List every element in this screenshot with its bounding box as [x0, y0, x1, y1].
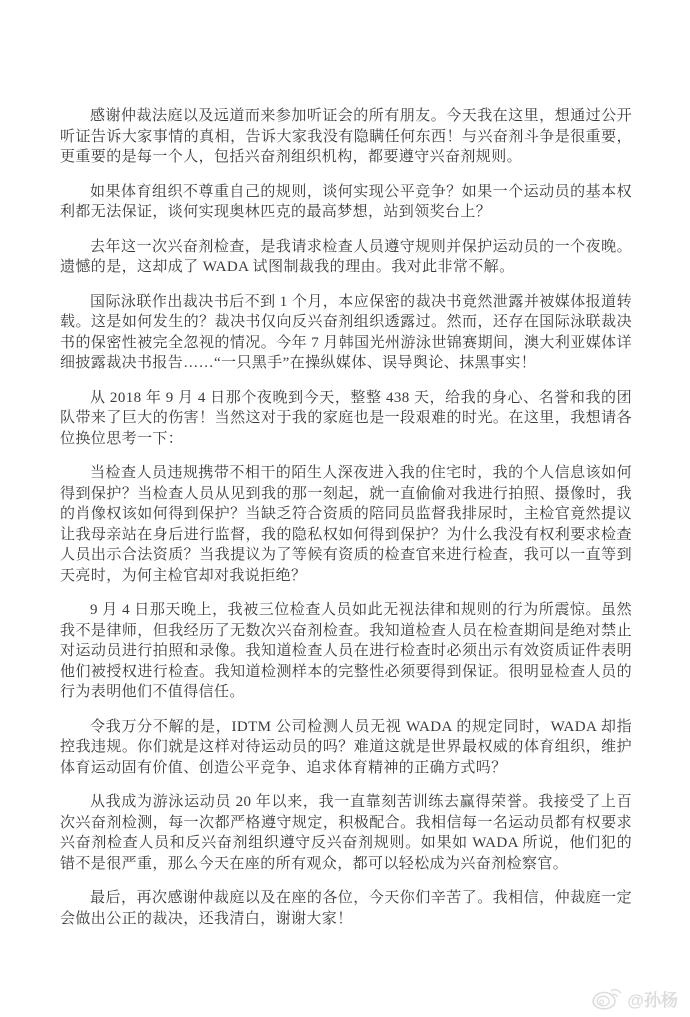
paragraph-3: 去年这一次兴奋剂检查，是我请求检查人员遵守规则并保护运动员的一个夜晚。遗憾的是，… [60, 237, 632, 278]
paragraph-9: 从我成为游泳运动员 20 年以来，我一直靠刻苦训练去赢得荣誉。我接受了上百次兴奋… [60, 792, 632, 874]
weibo-icon [591, 985, 623, 1011]
paragraph-1: 感谢仲裁法庭以及远道而来参加听证会的所有朋友。今天我在这里，想通过公开听证告诉大… [60, 106, 632, 168]
paragraph-7: 9 月 4 日那天晚上，我被三位检查人员如此无视法律和规则的行为所震惊。虽然我不… [60, 600, 632, 703]
paragraph-6: 当检查人员违规携带不相干的陌生人深夜进入我的住宅时，我的个人信息该如何得到保护？… [60, 463, 632, 586]
watermark: @孙杨 [591, 985, 678, 1011]
paragraph-2: 如果体育组织不尊重自己的规则，谈何实现公平竞争？如果一个运动员的基本权利都无法保… [60, 182, 632, 223]
statement-text: 感谢仲裁法庭以及远道而来参加听证会的所有朋友。今天我在这里，想通过公开听证告诉大… [60, 106, 632, 943]
paragraph-8: 令我万分不解的是，IDTM 公司检测人员无视 WADA 的规定同时，WADA 却… [60, 717, 632, 779]
paragraph-4: 国际泳联作出裁决书后不到 1 个月，本应保密的裁决书竟然泄露并被媒体报道转载。这… [60, 292, 632, 374]
paragraph-5: 从 2018 年 9 月 4 日那个夜晚到今天，整整 438 天，给我的身心、名… [60, 388, 632, 450]
watermark-text: @孙杨 [627, 986, 678, 1011]
statement-page: 感谢仲裁法庭以及远道而来参加听证会的所有朋友。今天我在这里，想通过公开听证告诉大… [0, 0, 690, 1017]
paragraph-10: 最后，再次感谢仲裁庭以及在座的各位，今天你们辛苦了。我相信，仲裁庭一定会做出公正… [60, 888, 632, 929]
